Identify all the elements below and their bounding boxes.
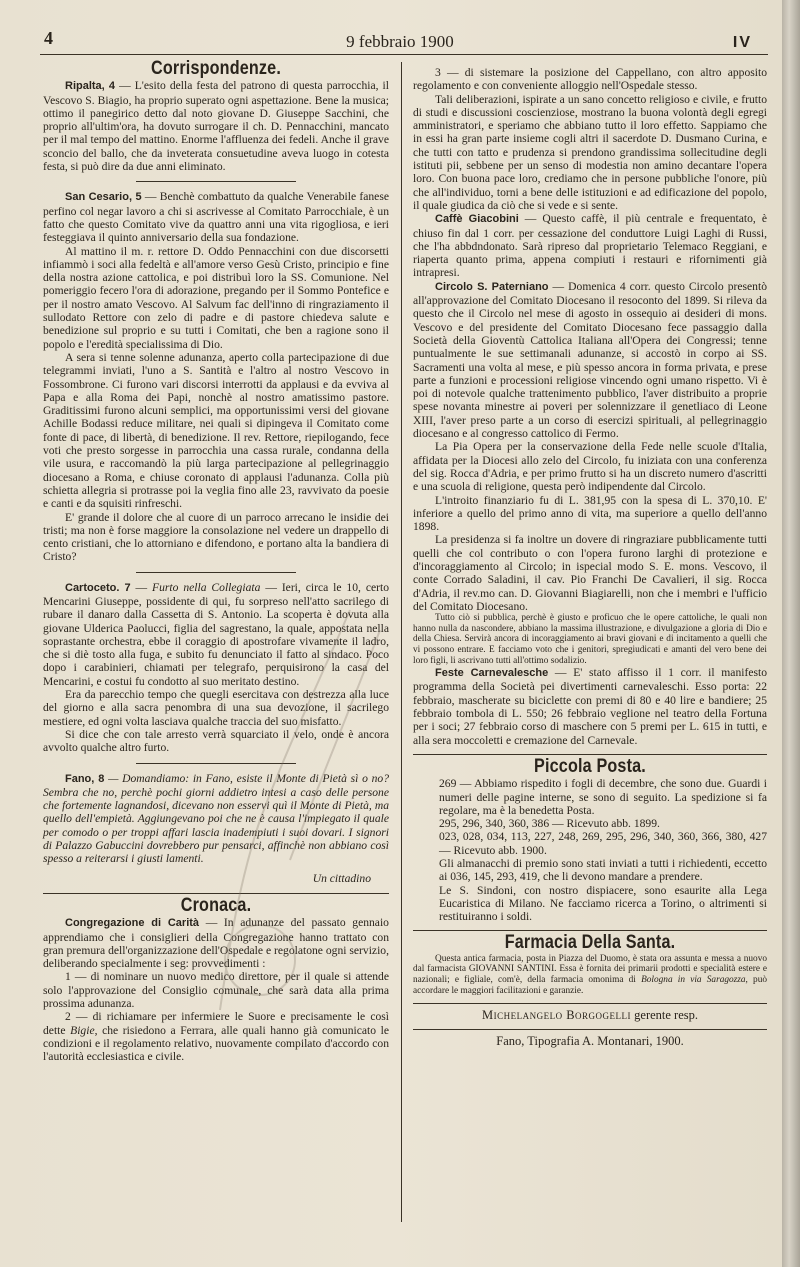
posta-entry: 269 — Abbiamo rispedito i fogli di decem…	[413, 777, 767, 817]
paragraph: Tali deliberazioni, ispirate a un sano c…	[413, 93, 767, 213]
article-ripalta: Ripalta, 4 — L'esito della festa del pat…	[43, 79, 389, 173]
header-rule	[40, 54, 768, 55]
article-congregazione: Congregazione di Carità — In adunanze de…	[43, 916, 389, 970]
newspaper-page: 4 9 febbraio 1900 IV Corrispondenze. Rip…	[0, 0, 782, 1267]
posta-entry: 023, 028, 034, 113, 227, 248, 269, 295, …	[413, 830, 767, 857]
left-column: Corrispondenze. Ripalta, 4 — L'esito del…	[43, 60, 389, 1063]
posta-entry: Le S. Sindoni, con nostro dispiacere, so…	[413, 884, 767, 924]
provision-item: 1 — di nominare un nuovo medico direttor…	[43, 970, 389, 1010]
printer-imprint: Fano, Tipografia A. Montanari, 1900.	[413, 1035, 767, 1048]
section-title-cronaca: Cronaca.	[69, 899, 363, 912]
section-title-piccola-posta: Piccola Posta.	[440, 760, 741, 773]
paragraph: A sera si tenne solenne adunanza, aperto…	[43, 351, 389, 511]
column-divider	[401, 62, 402, 1222]
article-separator	[136, 181, 296, 182]
small-print-paragraph: Tutto ciò si pubblica, perchè è giusto e…	[413, 613, 767, 666]
paragraph: L'introito finanziario fu di L. 381,95 c…	[413, 494, 767, 534]
article-fano: Fano, 8 — Domandiamo: in Fano, esiste il…	[43, 772, 389, 866]
issue-date: 9 febbraio 1900	[40, 32, 760, 52]
paragraph: Era da parecchio tempo che quegli eserci…	[43, 688, 389, 728]
paragraph: Si dice che con tale arresto verrà squar…	[43, 728, 389, 755]
adjacent-page-edge	[782, 0, 800, 1267]
provision-item: 2 — di richiamare per infermiere le Suor…	[43, 1010, 389, 1063]
farmacia-advert: Questa antica farmacia, posta in Piazza …	[413, 954, 767, 996]
article-circolo: Circolo S. Paterniano — Domenica 4 corr.…	[413, 280, 767, 441]
section-title-farmacia: Farmacia Della Santa.	[440, 936, 741, 949]
paragraph: E' grande il dolore che al cuore di un p…	[43, 511, 389, 564]
page-header: 4 9 febbraio 1900 IV	[40, 28, 760, 54]
article-caffe-giacobini: Caffè Giacobini — Questo caffè, il più c…	[413, 212, 767, 279]
section-rule	[413, 1003, 767, 1004]
paragraph: La presidenza si fa inoltre un dovere di…	[413, 533, 767, 613]
page-roman-numeral: IV	[733, 34, 752, 52]
section-rule	[413, 930, 767, 931]
section-rule	[413, 1029, 767, 1030]
section-title-corrispondenze: Corrispondenze.	[69, 62, 363, 75]
section-rule	[43, 893, 389, 894]
article-separator	[136, 572, 296, 573]
paragraph: Al mattino il m. r. rettore D. Oddo Penn…	[43, 245, 389, 351]
paragraph: La Pia Opera per la conservazione della …	[413, 440, 767, 493]
article-san-cesario: San Cesario, 5 — Benchè combattuto da qu…	[43, 190, 389, 244]
article-separator	[136, 763, 296, 764]
posta-entry: Gli almanacchi di premio sono stati invi…	[413, 857, 767, 884]
posta-entry: 295, 296, 340, 360, 386 — Ricevuto abb. …	[413, 817, 767, 830]
provision-item: 3 — di sistemare la posizione del Cappel…	[413, 66, 767, 93]
article-signature: Un cittadino	[43, 872, 371, 885]
article-feste-carnevalesche: Feste Carnevalesche — E' stato affisso i…	[413, 666, 767, 747]
gerente-line: Michelangelo Borgogelli gerente resp.	[413, 1009, 767, 1022]
article-cartoceto: Cartoceto. 7 — Furto nella Collegiata — …	[43, 581, 389, 688]
section-rule	[413, 754, 767, 755]
right-column: 3 — di sistemare la posizione del Cappel…	[413, 66, 767, 1053]
